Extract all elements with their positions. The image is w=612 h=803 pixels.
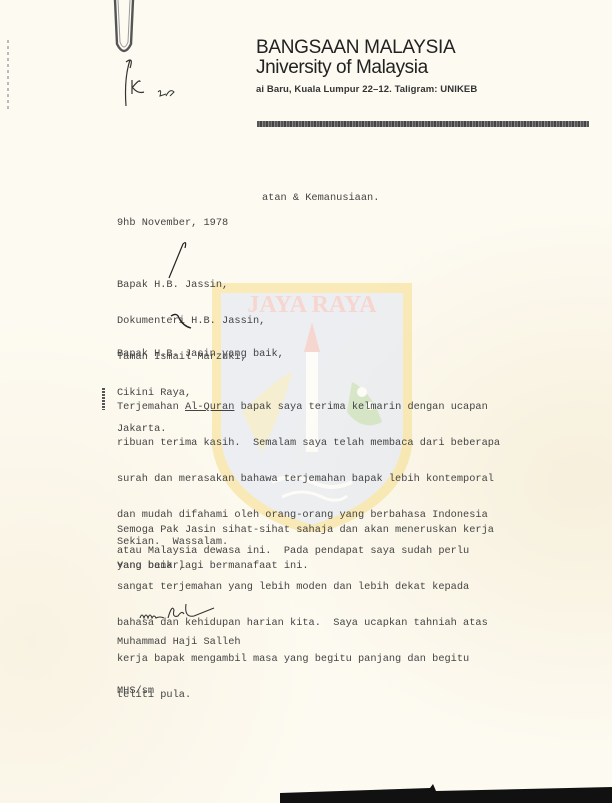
paragraph-line: teliti pula.	[117, 689, 500, 701]
letter-date: 9hb November, 1978	[117, 217, 228, 229]
paragraph-line: Semoga Pak Jasin sihat-sihat sahaja dan …	[117, 524, 494, 536]
scan-edge-mark	[7, 40, 9, 110]
text-run: bapak saya terima kelmarin dengan ucapan	[234, 401, 487, 413]
paragraph-line: kerja bapak mengambil masa yang begitu p…	[117, 653, 500, 665]
handwritten-signature	[138, 600, 218, 624]
institution-name-english: Jniversity of Malaysia	[256, 58, 477, 78]
closing: Sekian. Wassalam.	[117, 536, 228, 548]
scan-bottom-edge	[280, 770, 612, 803]
letterhead: BANGSAAN MALAYSIA Jniversity of Malaysia…	[256, 38, 477, 95]
paper-clip-icon	[112, 0, 136, 58]
watermark-text: JAYA RAYA	[247, 292, 377, 318]
handwritten-initials	[118, 58, 188, 110]
salutation: Bapak H.B. Jasin yang baik,	[117, 348, 284, 360]
paragraph-line: ribuan terima kasih. Semalam saya telah …	[117, 437, 500, 449]
department-line: atan & Kemanusiaan.	[262, 192, 379, 204]
paragraph-line: Terjemahan Al-Quran bapak saya terima ke…	[117, 401, 500, 413]
letterhead-rule	[257, 121, 589, 127]
pen-mark	[165, 240, 195, 330]
text-run: Terjemahan	[117, 401, 185, 413]
paragraph-line: surah dan merasakan bahawa terjemahan ba…	[117, 473, 500, 485]
institution-address: ai Baru, Kuala Lumpur 22–12. Taligram: U…	[256, 84, 477, 95]
underlined-title: Al-Quran	[185, 401, 234, 413]
reference-initials: MHS/sm	[117, 685, 154, 697]
valediction: Yang benar,	[117, 560, 185, 572]
margin-mark	[102, 388, 105, 410]
signer-name: Muhammad Haji Salleh	[117, 636, 241, 648]
institution-name-malay: BANGSAAN MALAYSIA	[256, 38, 477, 58]
